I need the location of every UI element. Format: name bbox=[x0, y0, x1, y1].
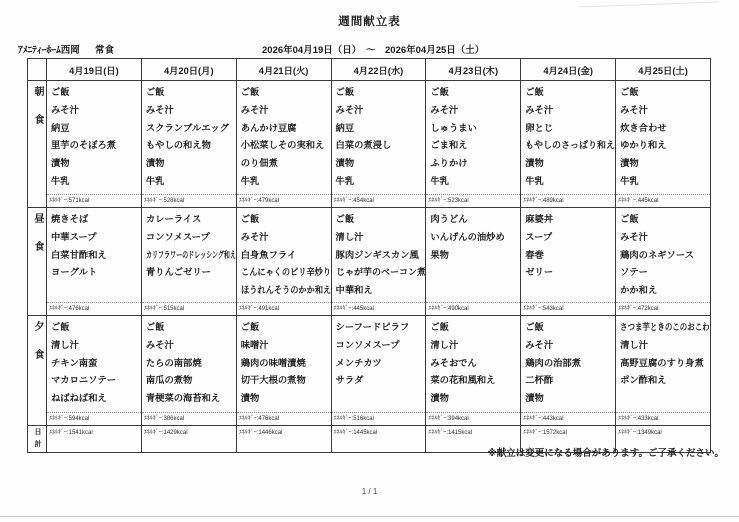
day-header: 4月25日(土) bbox=[616, 59, 711, 81]
menu-item: みそおでん bbox=[430, 355, 518, 373]
kcal-value: ｴﾈﾙｷﾞｰ:489kcal bbox=[521, 196, 615, 206]
menu-item: 漬物 bbox=[51, 155, 139, 173]
menu-item: もやしのさっぱり和え bbox=[525, 137, 610, 155]
kcal-value: ｴﾈﾙｷﾞｰ:516kcal bbox=[332, 414, 426, 424]
menu-item: 鶏肉のネギソース bbox=[620, 247, 708, 265]
menu-cell: ご飯みそ汁納豆白菜の煮浸し漬物牛乳 bbox=[331, 81, 426, 195]
menu-item: かか和え bbox=[620, 282, 708, 300]
kcal-value: ｴﾈﾙｷﾞｰ:479kcal bbox=[237, 196, 331, 206]
kcal-value: ｴﾈﾙｷﾞｰ:476kcal bbox=[237, 414, 331, 424]
kcal-cell: ｴﾈﾙｷﾞｰ:491kcal bbox=[236, 303, 331, 316]
kcal-cell: ｴﾈﾙｷﾞｰ:479kcal bbox=[236, 195, 331, 208]
row-label-lunch: 昼食 bbox=[28, 208, 47, 316]
menu-item: 漬物 bbox=[525, 390, 613, 408]
kcal-cell: ｴﾈﾙｷﾞｰ:454kcal bbox=[331, 195, 426, 208]
menu-item: ご飯 bbox=[241, 84, 329, 102]
corner-cell bbox=[28, 59, 47, 81]
date-range: 2026年04月19日（日） ～ 2026年04月25日（土） bbox=[262, 42, 484, 56]
menu-table: 4月19日(日)4月20日(月)4月21日(火)4月22日(水)4月23日(木)… bbox=[27, 58, 711, 453]
daily-total-kcal: ｴﾈﾙｷﾞｰ:1429kcal bbox=[142, 426, 236, 438]
kcal-cell: ｴﾈﾙｷﾞｰ:476kcal bbox=[236, 413, 331, 426]
menu-item: 青りんごゼリー bbox=[146, 264, 234, 282]
menu-cell: 肉うどんいんげんの油炒め果物 bbox=[426, 208, 521, 303]
menu-cell: ご飯みそ汁鶏肉の治部煮二杯酢漬物 bbox=[521, 316, 616, 413]
menu-item: 豚肉ジンギスカン風 bbox=[336, 247, 424, 265]
kcal-value: ｴﾈﾙｷﾞｰ:476kcal bbox=[47, 304, 141, 314]
menu-item: ご飯 bbox=[525, 84, 613, 102]
menu-item: 炊き合わせ bbox=[620, 120, 708, 138]
menu-item: 里芋のそぼろ煮 bbox=[51, 137, 139, 155]
menu-item: 納豆 bbox=[336, 120, 424, 138]
row-label-text: 日計 bbox=[32, 428, 42, 452]
menu-item: みそ汁 bbox=[51, 102, 139, 120]
menu-item: ご飯 bbox=[525, 319, 613, 337]
menu-item: みそ汁 bbox=[146, 102, 234, 120]
row-label-daily-total: 日計 bbox=[28, 426, 47, 453]
menu-item: スープ bbox=[525, 229, 613, 247]
menu-item: ご飯 bbox=[146, 319, 234, 337]
menu-item: 漬物 bbox=[525, 155, 613, 173]
menu-item: 漬物 bbox=[146, 155, 234, 173]
breakfast-items-row: 朝食ご飯みそ汁納豆里芋のそぼろ煮漬物牛乳ご飯みそ汁スクランブルエッグもやしの和え… bbox=[28, 81, 711, 195]
kcal-cell: ｴﾈﾙｷﾞｰ:594kcal bbox=[47, 413, 142, 426]
menu-item: 漬物 bbox=[620, 155, 708, 173]
menu-cell: ご飯みそ汁スクランブルエッグもやしの和え物漬物牛乳 bbox=[141, 81, 236, 195]
menu-item: ほうれんそうのかか和え bbox=[241, 282, 319, 300]
total-kcal-cell: ｴﾈﾙｷﾞｰ:1445kcal bbox=[331, 426, 426, 453]
menu-item: 牛乳 bbox=[241, 173, 329, 191]
kcal-value: ｴﾈﾙｷﾞｰ:594kcal bbox=[47, 414, 141, 424]
row-label-text: 朝食 bbox=[29, 86, 45, 142]
menu-item: ゼリー bbox=[525, 264, 613, 282]
kcal-value: ｴﾈﾙｷﾞｰ:445kcal bbox=[332, 304, 426, 314]
menu-item: 春巻 bbox=[525, 247, 613, 265]
menu-item: 南瓜の煮物 bbox=[146, 372, 234, 390]
menu-item: 牛乳 bbox=[620, 173, 708, 191]
menu-item: ご飯 bbox=[146, 84, 234, 102]
menu-item: みそ汁 bbox=[241, 102, 329, 120]
kcal-cell: ｴﾈﾙｷﾞｰ:394kcal bbox=[426, 413, 521, 426]
menu-item: 青梗菜の海苔和え bbox=[146, 390, 234, 408]
menu-item: ご飯 bbox=[336, 211, 424, 229]
kcal-cell: ｴﾈﾙｷﾞｰ:571kcal bbox=[47, 195, 142, 208]
day-header: 4月22日(水) bbox=[331, 59, 426, 81]
menu-item: チキン南蛮 bbox=[51, 355, 139, 373]
menu-item: みそ汁 bbox=[620, 229, 708, 247]
scan-artifact-line bbox=[579, 2, 719, 8]
kcal-value: ｴﾈﾙｷﾞｰ:490kcal bbox=[426, 304, 520, 314]
menu-item: 牛乳 bbox=[336, 173, 424, 191]
kcal-cell: ｴﾈﾙｷﾞｰ:443kcal bbox=[521, 413, 616, 426]
breakfast-kcal-row: ｴﾈﾙｷﾞｰ:571kcalｴﾈﾙｷﾞｰ:528kcalｴﾈﾙｷﾞｰ:479kc… bbox=[28, 195, 711, 208]
menu-item: ソテー bbox=[620, 264, 708, 282]
row-label-text: 夕食 bbox=[29, 321, 45, 377]
menu-item: ご飯 bbox=[620, 84, 708, 102]
menu-item: カレーライス bbox=[146, 211, 234, 229]
menu-item: みそ汁 bbox=[241, 229, 329, 247]
kcal-cell: ｴﾈﾙｷﾞｰ:472kcal bbox=[616, 303, 711, 316]
menu-cell: ご飯みそ汁しゅうまいごま和えふりかけ牛乳 bbox=[426, 81, 521, 195]
kcal-cell: ｴﾈﾙｷﾞｰ:528kcal bbox=[141, 195, 236, 208]
menu-item: 清し汁 bbox=[336, 229, 424, 247]
row-label-dinner: 夕食 bbox=[28, 316, 47, 426]
menu-item: 肉うどん bbox=[430, 211, 518, 229]
menu-item: ご飯 bbox=[51, 319, 139, 337]
menu-item: 麻婆丼 bbox=[525, 211, 613, 229]
menu-item: 切干大根の煮物 bbox=[241, 372, 329, 390]
menu-item: 二杯酢 bbox=[525, 372, 613, 390]
menu-item: 菜の花和風和え bbox=[430, 372, 518, 390]
menu-item: 納豆 bbox=[51, 120, 139, 138]
day-header: 4月23日(木) bbox=[426, 59, 521, 81]
menu-item: ご飯 bbox=[241, 319, 329, 337]
row-label-breakfast: 朝食 bbox=[28, 81, 47, 208]
menu-item: スクランブルエッグ bbox=[146, 120, 234, 138]
menu-item: 清し汁 bbox=[430, 337, 518, 355]
day-header: 4月20日(月) bbox=[141, 59, 236, 81]
meal-type-label: 常食 bbox=[95, 42, 114, 56]
menu-item: 果物 bbox=[430, 247, 518, 265]
menu-item: 清し汁 bbox=[620, 337, 708, 355]
facility-name: ｱﾒﾆﾃｨｰﾎｰﾑ西岡 bbox=[18, 42, 80, 56]
menu-item: 鶏肉の治部煮 bbox=[525, 355, 613, 373]
menu-cell: ご飯みそ汁炊き合わせゆかり和え漬物牛乳 bbox=[616, 81, 711, 195]
menu-item: 漬物 bbox=[241, 390, 329, 408]
page-title: 週間献立表 bbox=[0, 13, 739, 29]
menu-item: みそ汁 bbox=[146, 337, 234, 355]
daily-total-kcal: ｴﾈﾙｷﾞｰ:1445kcal bbox=[332, 426, 426, 438]
menu-item: のり佃煮 bbox=[241, 155, 329, 173]
menu-cell: ご飯みそ汁あんかけ豆腐小松菜しその実和えのり佃煮牛乳 bbox=[236, 81, 331, 195]
menu-item: メンチカツ bbox=[336, 355, 424, 373]
menu-item: ポン酢和え bbox=[620, 372, 708, 390]
daily-total-kcal: ｴﾈﾙｷﾞｰ:1446kcal bbox=[237, 426, 331, 438]
daily-total-kcal: ｴﾈﾙｷﾞｰ:1415kcal bbox=[426, 426, 520, 438]
lunch-kcal-row: ｴﾈﾙｷﾞｰ:476kcalｴﾈﾙｷﾞｰ:515kcalｴﾈﾙｷﾞｰ:491kc… bbox=[28, 303, 711, 316]
menu-item: しゅうまい bbox=[430, 120, 518, 138]
menu-item: コンソメスープ bbox=[336, 337, 424, 355]
menu-cell: シーフードピラフコンソメスープメンチカツサラダ bbox=[331, 316, 426, 413]
kcal-cell: ｴﾈﾙｷﾞｰ:445kcal bbox=[616, 195, 711, 208]
menu-cell: ご飯みそ汁卵とじもやしのさっぱり和え漬物牛乳 bbox=[521, 81, 616, 195]
total-kcal-cell: ｴﾈﾙｷﾞｰ:1541kcal bbox=[47, 426, 142, 453]
scanned-menu-document: 週間献立表 ｱﾒﾆﾃｨｰﾎｰﾑ西岡 常食 2026年04月19日（日） ～ 20… bbox=[0, 0, 739, 522]
kcal-value: ｴﾈﾙｷﾞｰ:528kcal bbox=[142, 196, 236, 206]
menu-item: コンソメスープ bbox=[146, 229, 234, 247]
menu-item: 鶏肉の味噌漬焼 bbox=[241, 355, 329, 373]
kcal-cell: ｴﾈﾙｷﾞｰ:433kcal bbox=[616, 413, 711, 426]
daily-total-kcal: ｴﾈﾙｷﾞｰ:1541kcal bbox=[47, 426, 141, 438]
kcal-value: ｴﾈﾙｷﾞｰ:472kcal bbox=[616, 304, 710, 314]
kcal-cell: ｴﾈﾙｷﾞｰ:516kcal bbox=[331, 413, 426, 426]
menu-item: ねばねば和え bbox=[51, 390, 139, 408]
day-header: 4月19日(日) bbox=[47, 59, 142, 81]
scan-artifact-line bbox=[0, 516, 739, 517]
kcal-cell: ｴﾈﾙｷﾞｰ:515kcal bbox=[141, 303, 236, 316]
menu-cell: ご飯清し汁みそおでん菜の花和風和え漬物 bbox=[426, 316, 521, 413]
menu-item: 焼きそば bbox=[51, 211, 139, 229]
kcal-cell: ｴﾈﾙｷﾞｰ:523kcal bbox=[426, 195, 521, 208]
dinner-items-row: 夕食ご飯清し汁チキン南蛮マカロニソテーねばねば和えご飯みそ汁たらの南部焼南瓜の煮… bbox=[28, 316, 711, 413]
menu-item: ふりかけ bbox=[430, 155, 518, 173]
menu-item: 白菜甘酢和え bbox=[51, 247, 139, 265]
kcal-value: ｴﾈﾙｷﾞｰ:515kcal bbox=[142, 304, 236, 314]
menu-item: カリフラワーのドレッシング和え bbox=[146, 247, 203, 265]
menu-item: みそ汁 bbox=[525, 102, 613, 120]
menu-cell: カレーライスコンソメスープカリフラワーのドレッシング和え青りんごゼリー bbox=[141, 208, 236, 303]
kcal-value: ｴﾈﾙｷﾞｰ:433kcal bbox=[616, 414, 710, 424]
kcal-value: ｴﾈﾙｷﾞｰ:445kcal bbox=[616, 196, 710, 206]
kcal-cell: ｴﾈﾙｷﾞｰ:386kcal bbox=[141, 413, 236, 426]
menu-item: みそ汁 bbox=[430, 102, 518, 120]
footer-note: ※献立は変更になる場合があります。ご了承ください。 bbox=[488, 445, 724, 459]
menu-item: 白身魚フライ bbox=[241, 247, 329, 265]
menu-item: マカロニソテー bbox=[51, 372, 139, 390]
menu-item: ご飯 bbox=[430, 84, 518, 102]
menu-item: じゃが芋のベーコン煮 bbox=[336, 264, 421, 282]
daily-total-kcal: ｴﾈﾙｷﾞｰ:1572kcal bbox=[521, 426, 615, 438]
menu-cell: ご飯みそ汁白身魚フライこんにゃくのピリ辛炒りほうれんそうのかか和え bbox=[236, 208, 331, 303]
menu-item: ご飯 bbox=[51, 84, 139, 102]
menu-item: たらの南部焼 bbox=[146, 355, 234, 373]
menu-item: ごま和え bbox=[430, 137, 518, 155]
menu-item: ゆかり和え bbox=[620, 137, 708, 155]
daily-total-kcal: ｴﾈﾙｷﾞｰ:1349kcal bbox=[616, 426, 710, 438]
kcal-value: ｴﾈﾙｷﾞｰ:571kcal bbox=[47, 196, 141, 206]
menu-item: 牛乳 bbox=[525, 173, 613, 191]
menu-item: 小松菜しその実和え bbox=[241, 137, 329, 155]
menu-item: 牛乳 bbox=[146, 173, 234, 191]
kcal-value: ｴﾈﾙｷﾞｰ:443kcal bbox=[521, 414, 615, 424]
menu-item: もやしの和え物 bbox=[146, 137, 234, 155]
menu-item: いんげんの油炒め bbox=[430, 229, 518, 247]
menu-item: ご飯 bbox=[620, 211, 708, 229]
menu-item: 味噌汁 bbox=[241, 337, 329, 355]
menu-item: こんにゃくのピリ辛炒り bbox=[241, 264, 319, 282]
kcal-cell: ｴﾈﾙｷﾞｰ:476kcal bbox=[47, 303, 142, 316]
menu-item: 卵とじ bbox=[525, 120, 613, 138]
menu-cell: ご飯清し汁チキン南蛮マカロニソテーねばねば和え bbox=[47, 316, 142, 413]
menu-item: あんかけ豆腐 bbox=[241, 120, 329, 138]
menu-item: シーフードピラフ bbox=[336, 319, 424, 337]
kcal-value: ｴﾈﾙｷﾞｰ:491kcal bbox=[237, 304, 331, 314]
menu-cell: ご飯みそ汁鶏肉のネギソースソテーかか和え bbox=[616, 208, 711, 303]
menu-item: ご飯 bbox=[430, 319, 518, 337]
menu-cell: 麻婆丼スープ春巻ゼリー bbox=[521, 208, 616, 303]
menu-item: 漬物 bbox=[430, 390, 518, 408]
kcal-cell: ｴﾈﾙｷﾞｰ:490kcal bbox=[426, 303, 521, 316]
menu-item: さつま芋ときのこのおこわ bbox=[620, 319, 691, 337]
lunch-items-row: 昼食焼きそば中華スープ白菜甘酢和えヨーグルトカレーライスコンソメスープカリフラワ… bbox=[28, 208, 711, 303]
day-header-row: 4月19日(日)4月20日(月)4月21日(火)4月22日(水)4月23日(木)… bbox=[28, 59, 711, 81]
dinner-kcal-row: ｴﾈﾙｷﾞｰ:594kcalｴﾈﾙｷﾞｰ:386kcalｴﾈﾙｷﾞｰ:476kc… bbox=[28, 413, 711, 426]
menu-item: サラダ bbox=[336, 372, 424, 390]
day-header: 4月21日(火) bbox=[236, 59, 331, 81]
menu-cell: ご飯味噌汁鶏肉の味噌漬焼切干大根の煮物漬物 bbox=[236, 316, 331, 413]
menu-item: ヨーグルト bbox=[51, 264, 139, 282]
total-kcal-cell: ｴﾈﾙｷﾞｰ:1429kcal bbox=[141, 426, 236, 453]
menu-item: 白菜の煮浸し bbox=[336, 137, 424, 155]
kcal-cell: ｴﾈﾙｷﾞｰ:445kcal bbox=[331, 303, 426, 316]
menu-cell: さつま芋ときのこのおこわ清し汁高野豆腐のすり身煮ポン酢和え bbox=[616, 316, 711, 413]
menu-item: みそ汁 bbox=[525, 337, 613, 355]
menu-cell: 焼きそば中華スープ白菜甘酢和えヨーグルト bbox=[47, 208, 142, 303]
menu-item: 牛乳 bbox=[51, 173, 139, 191]
menu-item: ご飯 bbox=[336, 84, 424, 102]
menu-item: ご飯 bbox=[241, 211, 329, 229]
menu-item: 牛乳 bbox=[430, 173, 518, 191]
menu-item: 漬物 bbox=[336, 155, 424, 173]
total-kcal-cell: ｴﾈﾙｷﾞｰ:1446kcal bbox=[236, 426, 331, 453]
kcal-cell: ｴﾈﾙｷﾞｰ:543kcal bbox=[521, 303, 616, 316]
menu-item: 中華和え bbox=[336, 282, 424, 300]
menu-item: みそ汁 bbox=[620, 102, 708, 120]
menu-item: 高野豆腐のすり身煮 bbox=[620, 355, 708, 373]
kcal-value: ｴﾈﾙｷﾞｰ:543kcal bbox=[521, 304, 615, 314]
page-number: 1 / 1 bbox=[0, 487, 739, 496]
kcal-value: ｴﾈﾙｷﾞｰ:394kcal bbox=[426, 414, 520, 424]
menu-cell: ご飯みそ汁納豆里芋のそぼろ煮漬物牛乳 bbox=[47, 81, 142, 195]
menu-item: みそ汁 bbox=[336, 102, 424, 120]
menu-cell: ご飯みそ汁たらの南部焼南瓜の煮物青梗菜の海苔和え bbox=[141, 316, 236, 413]
kcal-cell: ｴﾈﾙｷﾞｰ:489kcal bbox=[521, 195, 616, 208]
kcal-value: ｴﾈﾙｷﾞｰ:454kcal bbox=[332, 196, 426, 206]
kcal-value: ｴﾈﾙｷﾞｰ:386kcal bbox=[142, 414, 236, 424]
row-label-text: 昼食 bbox=[29, 213, 45, 269]
menu-cell: ご飯清し汁豚肉ジンギスカン風じゃが芋のベーコン煮中華和え bbox=[331, 208, 426, 303]
day-header: 4月24日(金) bbox=[521, 59, 616, 81]
menu-item: 清し汁 bbox=[51, 337, 139, 355]
menu-item: 中華スープ bbox=[51, 229, 139, 247]
kcal-value: ｴﾈﾙｷﾞｰ:523kcal bbox=[426, 196, 520, 206]
